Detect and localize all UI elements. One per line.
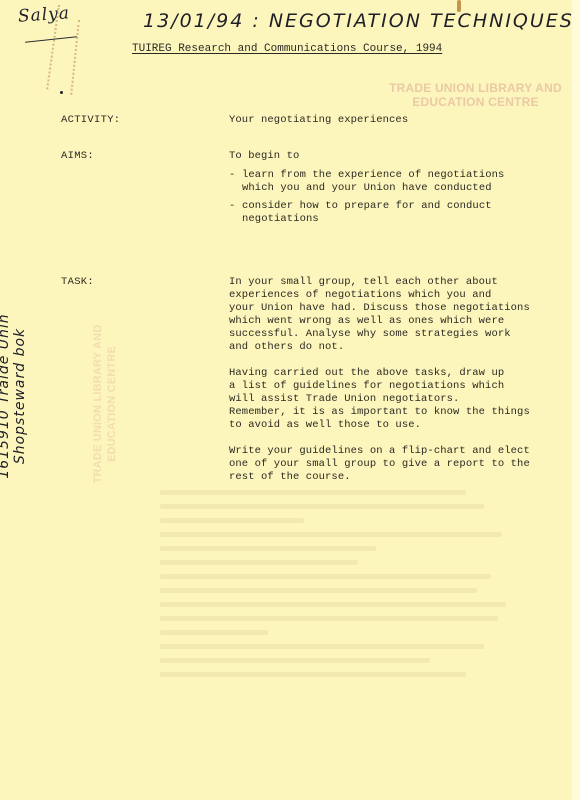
reverse-side-bleedthrough bbox=[160, 490, 520, 686]
aims-list-item: learn from the experience of negotiation… bbox=[229, 169, 549, 195]
stamp-line-2: EDUCATION CENTRE bbox=[388, 95, 563, 109]
aims-list: learn from the experience of negotiation… bbox=[229, 169, 549, 226]
aims-intro: To begin to bbox=[229, 150, 549, 163]
handwritten-margin-note: 1615910 Traide Unin Shopsteward bok bbox=[0, 266, 28, 526]
aims-content: To begin to learn from the experience of… bbox=[229, 150, 549, 231]
library-stamp-bleedthrough: TRADE UNION LIBRARY AND EDUCATION CENTRE bbox=[91, 319, 119, 489]
stamp-line-1: TRADE UNION LIBRARY AND bbox=[91, 319, 105, 489]
stamp-line-1: TRADE UNION LIBRARY AND bbox=[388, 81, 563, 95]
handwritten-title: 13/01/94 : NEGOTIATION TECHNIQUES bbox=[143, 10, 574, 32]
task-paragraph: Write your guidelines on a flip-chart an… bbox=[229, 445, 549, 484]
activity-description: Your negotiating experiences bbox=[229, 114, 549, 127]
ink-dot bbox=[60, 91, 63, 94]
handwritten-signature: Salya bbox=[17, 3, 70, 27]
activity-label: ACTIVITY: bbox=[61, 114, 120, 126]
task-paragraph: Having carried out the above tasks, draw… bbox=[229, 367, 549, 432]
task-label: TASK: bbox=[61, 276, 94, 288]
aims-label: AIMS: bbox=[61, 150, 94, 162]
course-title: TUIREG Research and Communications Cours… bbox=[132, 43, 442, 55]
paper-edge bbox=[572, 0, 580, 800]
library-stamp: TRADE UNION LIBRARY AND EDUCATION CENTRE bbox=[388, 81, 563, 109]
aims-list-item: consider how to prepare for and conduct … bbox=[229, 200, 549, 226]
activity-text: Your negotiating experiences bbox=[229, 114, 549, 140]
task-paragraph: In your small group, tell each other abo… bbox=[229, 276, 549, 354]
task-content: In your small group, tell each other abo… bbox=[229, 276, 549, 497]
stamp-line-2: EDUCATION CENTRE bbox=[105, 319, 119, 489]
